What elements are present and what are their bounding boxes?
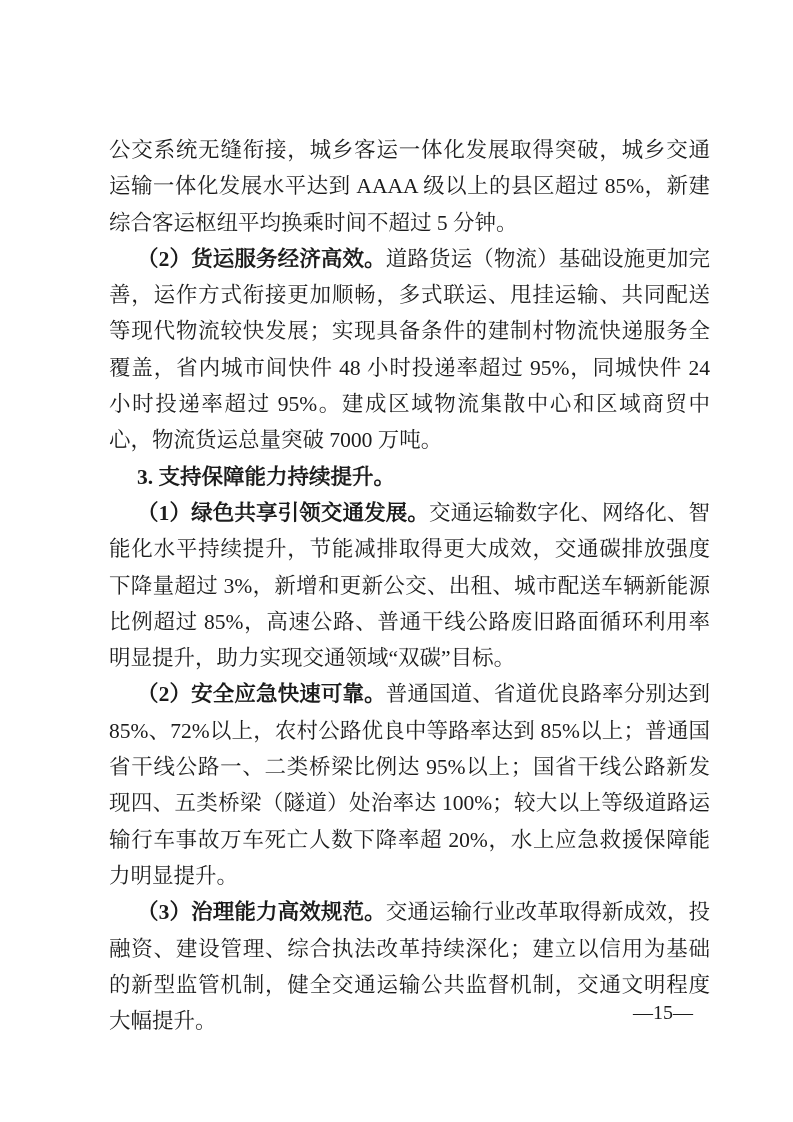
text-block: 公交系统无缝衔接，城乡客运一体化发展取得突破，城乡交通运输一体化发展水平达到 A… [109, 132, 710, 1039]
paragraph-lead: （2）安全应急快速可靠。 [137, 682, 386, 706]
paragraph-lead: （3）治理能力高效规范。 [137, 900, 386, 924]
paragraph-lead: （2）货运服务经济高效。 [137, 247, 386, 271]
paragraph-text: 交通运输数字化、网络化、智能化水平持续提升，节能减排取得更大成效，交通碳排放强度… [109, 501, 710, 670]
paragraph: （2）安全应急快速可靠。普通国道、省道优良路率分别达到 85%、72%以上，农村… [109, 676, 710, 894]
page-number: —15— [633, 1000, 693, 1026]
document-page: 公交系统无缝衔接，城乡客运一体化发展取得突破，城乡交通运输一体化发展水平达到 A… [0, 0, 793, 1122]
paragraph-lead: 3. 支持保障能力持续提升。 [137, 465, 395, 489]
paragraph: （1）绿色共享引领交通发展。交通运输数字化、网络化、智能化水平持续提升，节能减排… [109, 495, 710, 676]
paragraph: （2）货运服务经济高效。道路货运（物流）基础设施更加完善，运作方式衔接更加顺畅，… [109, 241, 710, 459]
paragraph: 公交系统无缝衔接，城乡客运一体化发展取得突破，城乡交通运输一体化发展水平达到 A… [109, 132, 710, 241]
paragraph-lead: （1）绿色共享引领交通发展。 [137, 501, 429, 525]
paragraph: （3）治理能力高效规范。交通运输行业改革取得新成效，投融资、建设管理、综合执法改… [109, 894, 710, 1039]
paragraph-text: 普通国道、省道优良路率分别达到 85%、72%以上，农村公路优良中等路率达到 8… [109, 682, 710, 887]
paragraph-text: 公交系统无缝衔接，城乡客运一体化发展取得突破，城乡交通运输一体化发展水平达到 A… [109, 138, 710, 235]
section-heading: 3. 支持保障能力持续提升。 [109, 459, 710, 495]
paragraph-text: 道路货运（物流）基础设施更加完善，运作方式衔接更加顺畅，多式联运、甩挂运输、共同… [109, 247, 710, 452]
